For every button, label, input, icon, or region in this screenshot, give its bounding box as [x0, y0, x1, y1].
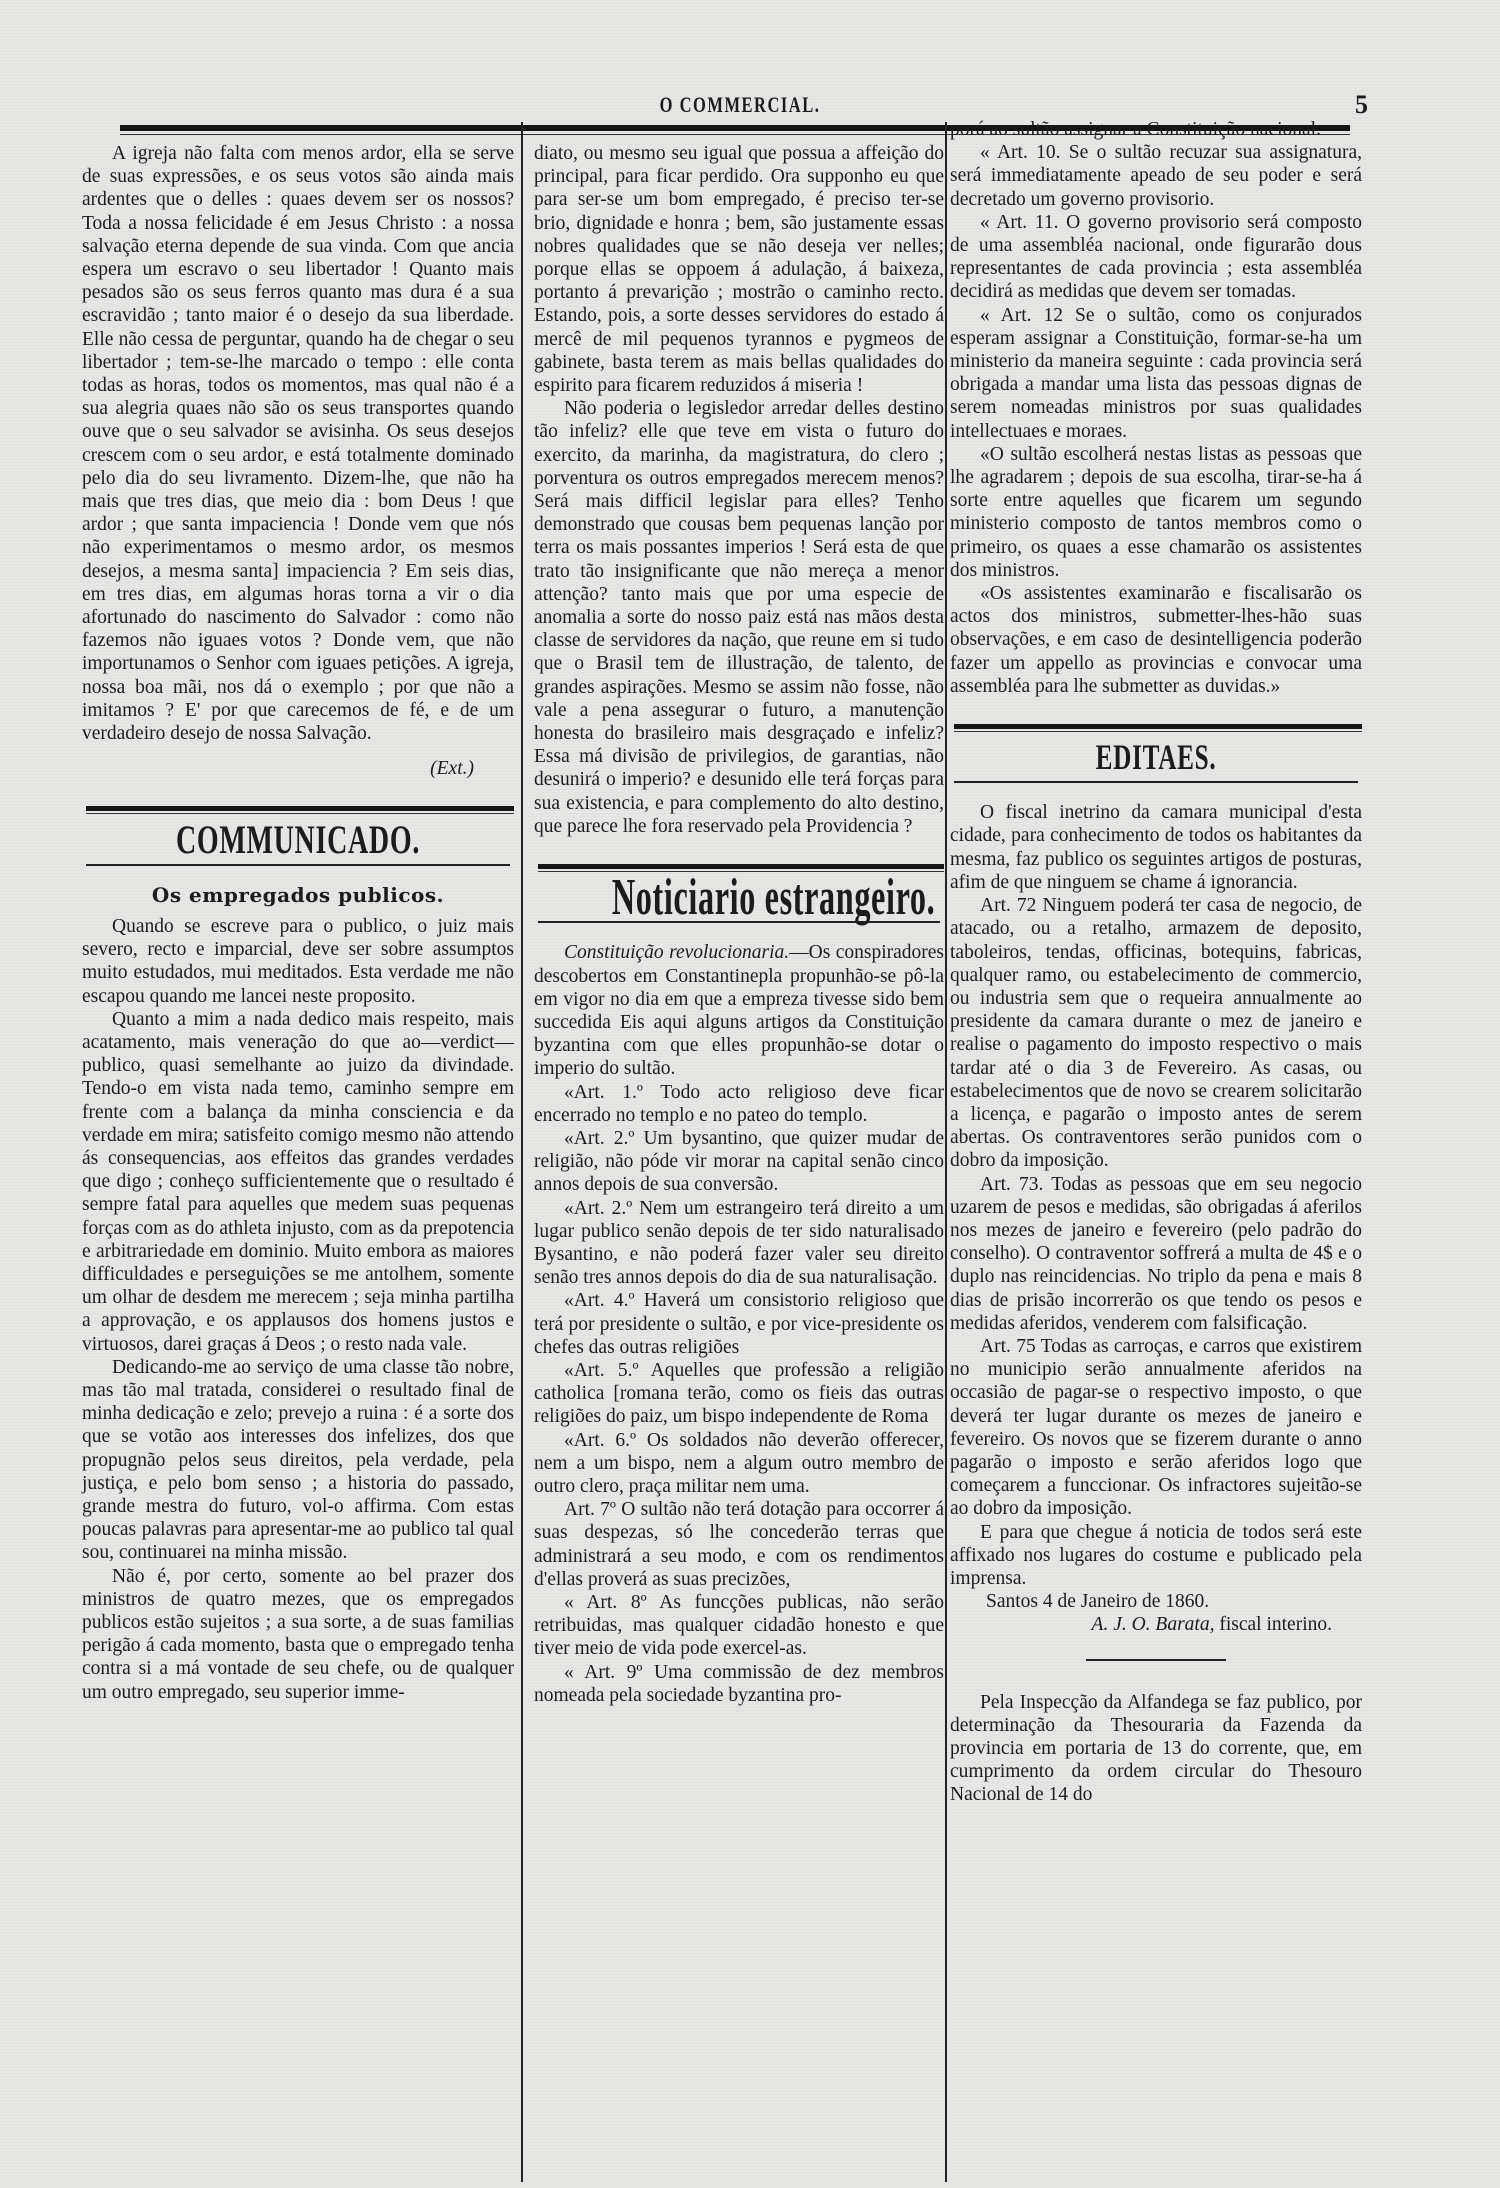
article-paragraph: Dedicando-me ao serviço de uma classe tã… — [82, 1356, 514, 1565]
constitution-article: « Art. 9º Uma commissão de dez membros n… — [534, 1661, 944, 1707]
separator-rule — [1086, 1659, 1226, 1661]
edital-paragraph: E para que chegue á noticia de todos ser… — [950, 1521, 1362, 1591]
constitution-article: porá ao sultão assignar a Constituição n… — [950, 118, 1362, 141]
constitution-article: «Art. 6.º Os soldados não deverão offere… — [534, 1429, 944, 1499]
middle-column: diato, ou mesmo seu igual que possua a a… — [534, 142, 944, 1707]
article-attribution: (Ext.) — [82, 757, 514, 780]
constitution-article: «O sultão escolherá nestas listas as pes… — [950, 443, 1362, 582]
newspaper-page: O COMMERCIAL. 5 A igreja não falta com m… — [0, 0, 1500, 2188]
constitution-article: Art. 7º O sultão não terá dotação para o… — [534, 1498, 944, 1591]
article-paragraph: Quanto a mim a nada dedico mais respeito… — [82, 1008, 514, 1356]
article-paragraph: Constituição revolucionaria.—Os conspira… — [534, 941, 944, 1080]
article-paragraph: Quando se escreve para o publico, o juiz… — [82, 915, 514, 1008]
article-paragraph: Não poderia o legisledor arredar delles … — [534, 397, 944, 838]
constitution-article: « Art. 11. O governo provisorio será com… — [950, 211, 1362, 304]
edital-paragraph: Art. 75 Todas as carroças, e carros que … — [950, 1335, 1362, 1521]
edital-paragraph: Art. 72 Ninguem poderá ter casa de negoc… — [950, 894, 1362, 1172]
section-title-noticiario: Noticiario estrangeiro. — [612, 886, 866, 909]
edital-signature: A. J. O. Barata, fiscal interino. — [950, 1613, 1362, 1636]
section-rule — [954, 781, 1358, 783]
newspaper-title: O COMMERCIAL. — [275, 92, 1205, 118]
constitution-article: «Art. 1.º Todo acto religioso deve ficar… — [534, 1081, 944, 1127]
section-rule — [86, 806, 514, 811]
signature-title: fiscal interino. — [1219, 1614, 1332, 1635]
section-title-communicado: COMMUNICADO. — [147, 828, 449, 851]
section-rule — [86, 813, 514, 814]
constitution-article: « Art. 8º As funcções publicas, não serã… — [534, 1591, 944, 1661]
constitution-article: «Art. 2.º Nem um estrangeiro terá direit… — [534, 1197, 944, 1290]
article-paragraph: Não é, por certo, somente ao bel prazer … — [82, 1565, 514, 1704]
article-headline: Os empregados publicos. — [82, 884, 514, 907]
left-column: A igreja não falta com menos ardor, ella… — [82, 142, 514, 1704]
constitution-article: «Os assistentes examinarão e fiscalisarã… — [950, 582, 1362, 698]
column-divider — [521, 122, 523, 2182]
right-column: porá ao sultão assignar a Constituição n… — [950, 118, 1362, 1807]
constitution-article: «Art. 2.º Um bysantino, que quizer mudar… — [534, 1127, 944, 1197]
edital-paragraph: Art. 73. Todas as pessoas que em seu neg… — [950, 1173, 1362, 1335]
section-rule — [86, 864, 510, 866]
edital-paragraph: O fiscal inetrino da camara municipal d'… — [950, 801, 1362, 894]
signature-name: A. J. O. Barata, — [1092, 1614, 1215, 1635]
constitution-article: « Art. 12 Se o sultão, como os conjurado… — [950, 304, 1362, 443]
constitution-article: « Art. 10. Se o sultão recuzar sua assig… — [950, 141, 1362, 211]
constitution-article: «Art. 4.º Haverá um consistorio religios… — [534, 1289, 944, 1359]
column-divider — [945, 122, 947, 2182]
page-number: 5 — [1355, 90, 1368, 120]
article-paragraph: diato, ou mesmo seu igual que possua a a… — [534, 142, 944, 397]
article-paragraph: A igreja não falta com menos ardor, ella… — [82, 142, 514, 745]
section-rule — [954, 724, 1362, 729]
section-rule — [954, 731, 1362, 732]
article-lead: Constituição revolucionaria. — [564, 942, 789, 963]
edital-date: Santos 4 de Janeiro de 1860. — [950, 1590, 1362, 1613]
section-title-editaes: EDITAES. — [1012, 746, 1300, 769]
constitution-article: «Art. 5.º Aquelles que professão a relig… — [534, 1359, 944, 1429]
notice-paragraph: Pela Inspecção da Alfandega se faz publi… — [950, 1691, 1362, 1807]
